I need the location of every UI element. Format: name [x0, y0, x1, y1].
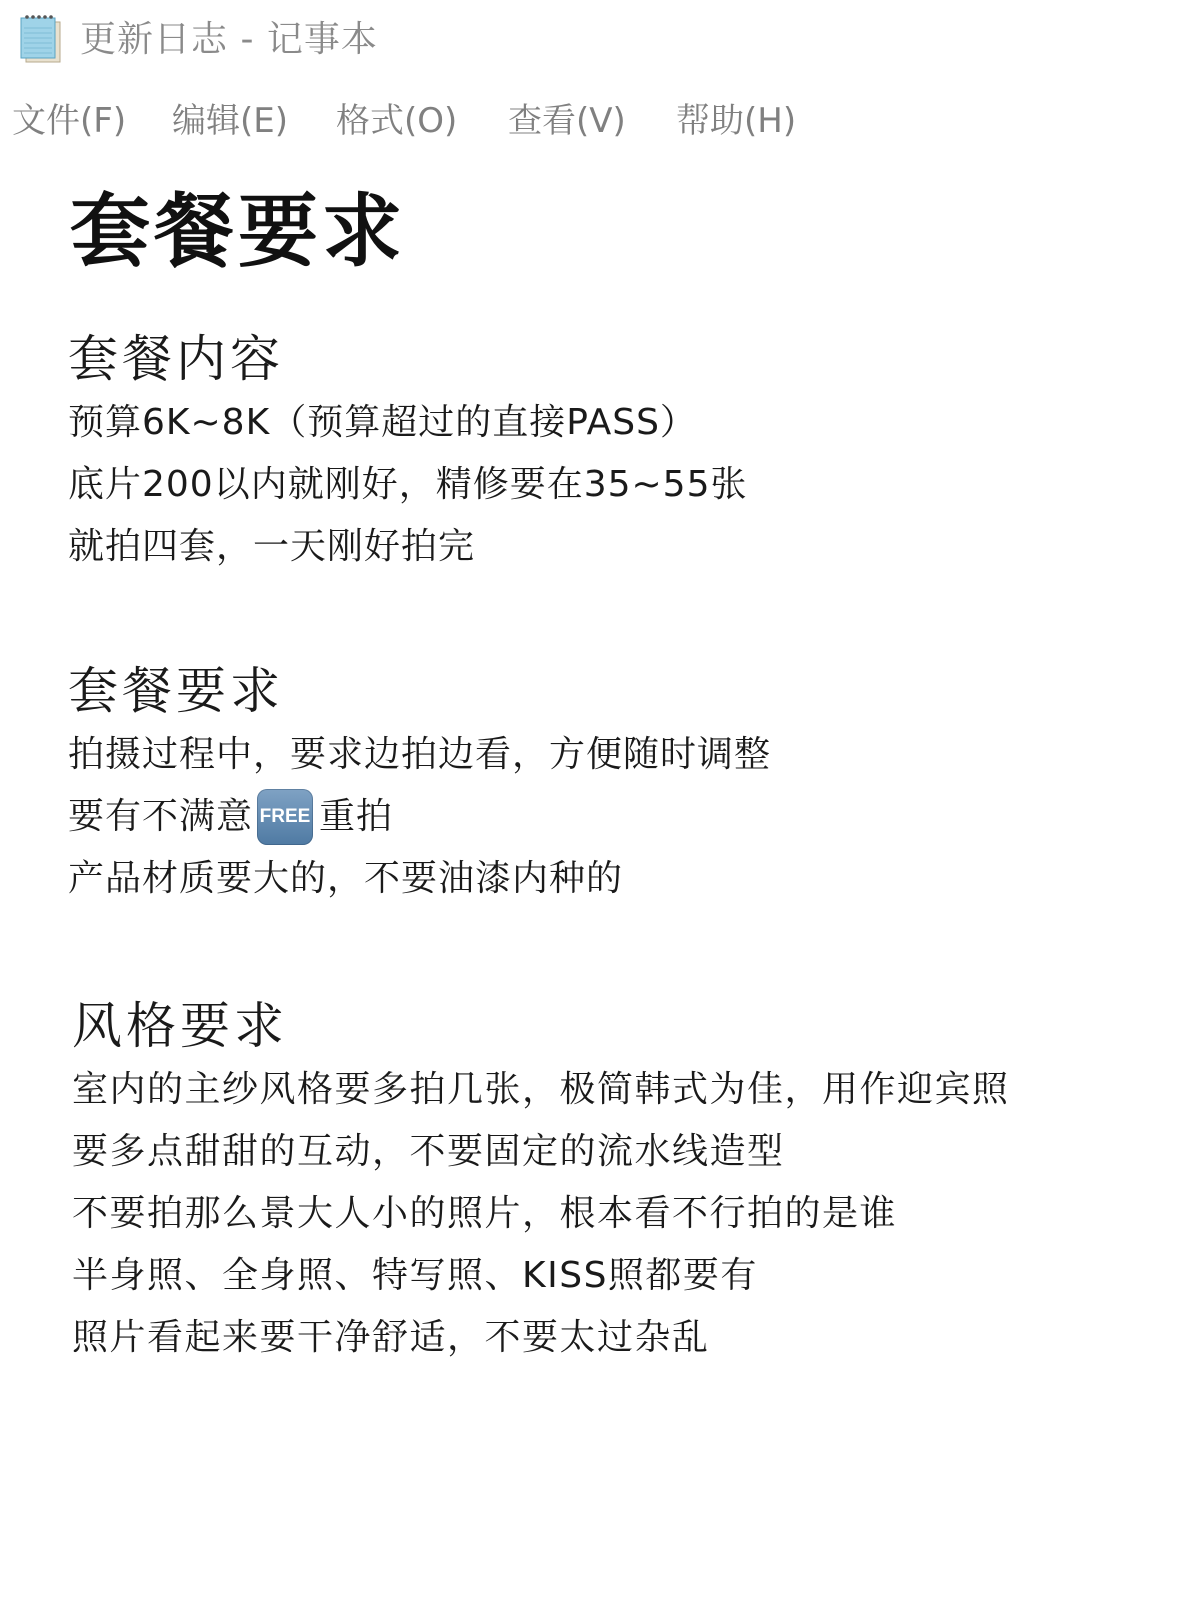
text-line: 预算6K~8K（预算超过的直接PASS）: [68, 392, 748, 454]
menu-view[interactable]: 查看(V): [508, 97, 626, 145]
section-heading: 风格要求: [72, 995, 1010, 1057]
text-line: 要有不满意 FREE 重拍: [68, 786, 771, 848]
text-line: 室内的主纱风格要多拍几张，极简韩式为佳，用作迎宾照: [72, 1059, 1010, 1121]
text-segment: 重拍: [319, 786, 393, 848]
menu-edit[interactable]: 编辑(E): [172, 97, 288, 145]
text-line: 产品材质要大的，不要油漆内种的: [68, 848, 771, 910]
menu-file[interactable]: 文件(F): [12, 97, 126, 145]
menu-help[interactable]: 帮助(H): [676, 97, 796, 145]
text-editor-area[interactable]: 套餐要求 套餐内容 预算6K~8K（预算超过的直接PASS） 底片200以内就刚…: [0, 150, 1200, 1600]
text-line: 底片200以内就刚好，精修要在35~55张: [68, 454, 748, 516]
notepad-icon: [18, 12, 64, 64]
menu-format[interactable]: 格式(O): [336, 97, 457, 145]
text-segment: 要有不满意: [68, 786, 253, 848]
window-title: 更新日志 - 记事本: [80, 16, 378, 64]
section-package-requirements: 套餐要求 拍摄过程中，要求边拍边看，方便随时调整 要有不满意 FREE 重拍 产…: [68, 660, 771, 910]
text-line: 要多点甜甜的互动，不要固定的流水线造型: [72, 1121, 1010, 1183]
section-heading: 套餐要求: [68, 660, 771, 722]
section-style-requirements: 风格要求 室内的主纱风格要多拍几张，极简韩式为佳，用作迎宾照 要多点甜甜的互动，…: [72, 995, 1010, 1369]
section-package-content: 套餐内容 预算6K~8K（预算超过的直接PASS） 底片200以内就刚好，精修要…: [68, 328, 748, 578]
document-title: 套餐要求: [70, 182, 406, 282]
text-line: 半身照、全身照、特写照、KISS照都要有: [72, 1245, 1010, 1307]
text-line: 不要拍那么景大人小的照片，根本看不行拍的是谁: [72, 1183, 1010, 1245]
title-bar: 更新日志 - 记事本: [0, 0, 1200, 80]
text-line: 就拍四套，一天刚好拍完: [68, 516, 748, 578]
text-line: 拍摄过程中，要求边拍边看，方便随时调整: [68, 724, 771, 786]
free-emoji-icon: FREE: [257, 789, 313, 845]
text-line: 照片看起来要干净舒适，不要太过杂乱: [72, 1307, 1010, 1369]
section-heading: 套餐内容: [68, 328, 748, 390]
